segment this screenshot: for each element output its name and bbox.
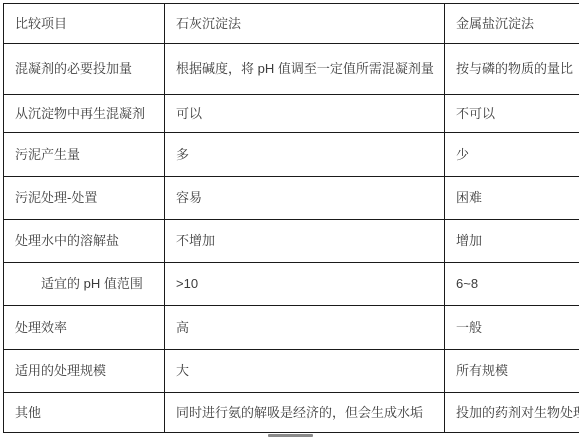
cell-lime: 多: [165, 133, 445, 177]
table-row: 适宜的 pH 值范围 >10 6~8: [4, 263, 579, 306]
table-row: 混凝剂的必要投加量 根据碱度，将 pH 值调至一定值所需混凝剂量 按与磷的物质的…: [4, 44, 579, 95]
cell-item: 污泥处理-处置: [4, 177, 165, 220]
cell-item: 混凝剂的必要投加量: [4, 44, 165, 95]
table-row: 污泥产生量 多 少: [4, 133, 579, 177]
cell-item: 处理效率: [4, 306, 165, 350]
comparison-table: 比较项目 石灰沉淀法 金属盐沉淀法 混凝剂的必要投加量 根据碱度，将 pH 值调…: [3, 3, 579, 433]
cell-item: 污泥产生量: [4, 133, 165, 177]
cell-lime: 根据碱度，将 pH 值调至一定值所需混凝剂量: [165, 44, 445, 95]
cell-metal: 投加的药剂对生物处理有利: [445, 393, 579, 433]
cell-metal: 按与磷的物质的量比: [445, 44, 579, 95]
table-row: 污泥处理-处置 容易 困难: [4, 177, 579, 220]
cell-metal: 一般: [445, 306, 579, 350]
table-row: 适用的处理规模 大 所有规模: [4, 350, 579, 393]
cell-lime: 容易: [165, 177, 445, 220]
cell-lime: 不增加: [165, 220, 445, 263]
column-header-item: 比较项目: [4, 4, 165, 44]
column-header-lime: 石灰沉淀法: [165, 4, 445, 44]
document-page: 比较项目 石灰沉淀法 金属盐沉淀法 混凝剂的必要投加量 根据碱度，将 pH 值调…: [0, 0, 579, 439]
cell-item: 适宜的 pH 值范围: [4, 263, 165, 306]
column-header-metal: 金属盐沉淀法: [445, 4, 579, 44]
cell-lime: >10: [165, 263, 445, 306]
cell-lime: 可以: [165, 95, 445, 133]
table-row: 其他 同时进行氨的解吸是经济的，但会生成水垢 投加的药剂对生物处理有利: [4, 393, 579, 433]
cell-lime: 同时进行氨的解吸是经济的，但会生成水垢: [165, 393, 445, 433]
cell-item: 处理水中的溶解盐: [4, 220, 165, 263]
cell-metal: 不可以: [445, 95, 579, 133]
cell-metal: 少: [445, 133, 579, 177]
table-header-row: 比较项目 石灰沉淀法 金属盐沉淀法: [4, 4, 579, 44]
cell-metal: 困难: [445, 177, 579, 220]
table-row: 从沉淀物中再生混凝剂 可以 不可以: [4, 95, 579, 133]
table-row: 处理效率 高 一般: [4, 306, 579, 350]
cell-metal: 6~8: [445, 263, 579, 306]
cell-item: 其他: [4, 393, 165, 433]
cell-item: 适用的处理规模: [4, 350, 165, 393]
scrollbar-thumb[interactable]: [268, 434, 313, 437]
cell-metal: 增加: [445, 220, 579, 263]
cell-item: 从沉淀物中再生混凝剂: [4, 95, 165, 133]
cell-lime: 大: [165, 350, 445, 393]
cell-lime: 高: [165, 306, 445, 350]
table-row: 处理水中的溶解盐 不增加 增加: [4, 220, 579, 263]
cell-metal: 所有规模: [445, 350, 579, 393]
